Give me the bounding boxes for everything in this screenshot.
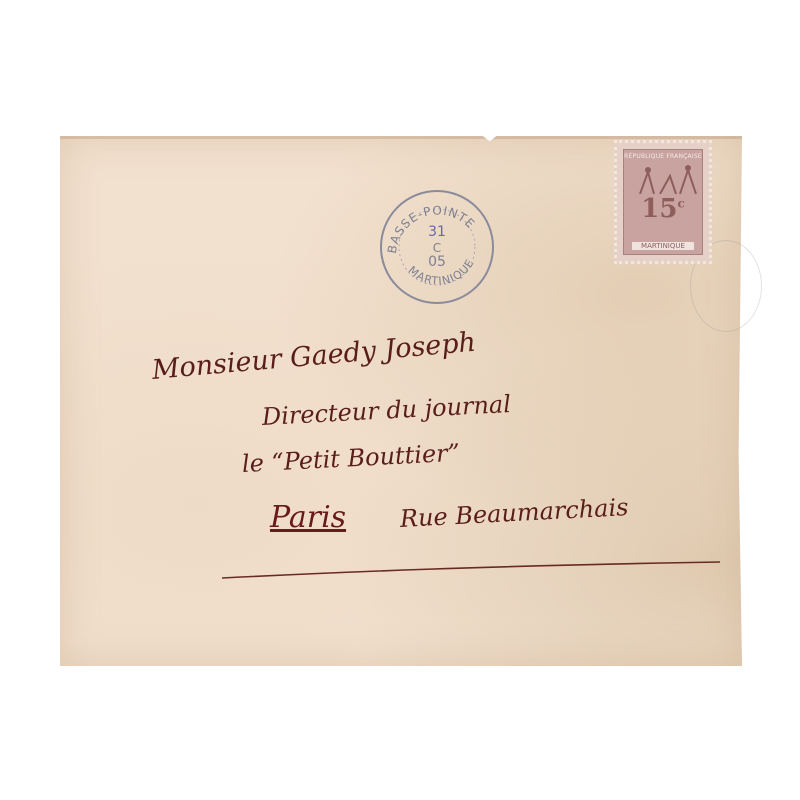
- allegory-figures-icon: [630, 164, 710, 194]
- stamp-colony-label: MARTINIQUE: [632, 242, 694, 250]
- postmark-year: 05: [382, 254, 492, 270]
- stamp-design: RÉPUBLIQUE FRANÇAISE 15c MARTINIQUE: [623, 149, 703, 255]
- postmark-day: 31: [382, 224, 492, 240]
- address-underline-flourish: [222, 560, 720, 580]
- envelope-top-edge: [60, 136, 742, 139]
- address-city: Paris: [270, 500, 346, 535]
- stamp-value: 15c: [624, 194, 702, 224]
- postage-stamp: RÉPUBLIQUE FRANÇAISE 15c MARTINIQUE: [614, 140, 712, 264]
- postmark-cancellation: BASSE-POINTE MARTINIQUE 31 C 05: [380, 190, 494, 304]
- postmark-month-mark: C: [382, 241, 492, 255]
- stamp-header: RÉPUBLIQUE FRANÇAISE: [624, 153, 702, 160]
